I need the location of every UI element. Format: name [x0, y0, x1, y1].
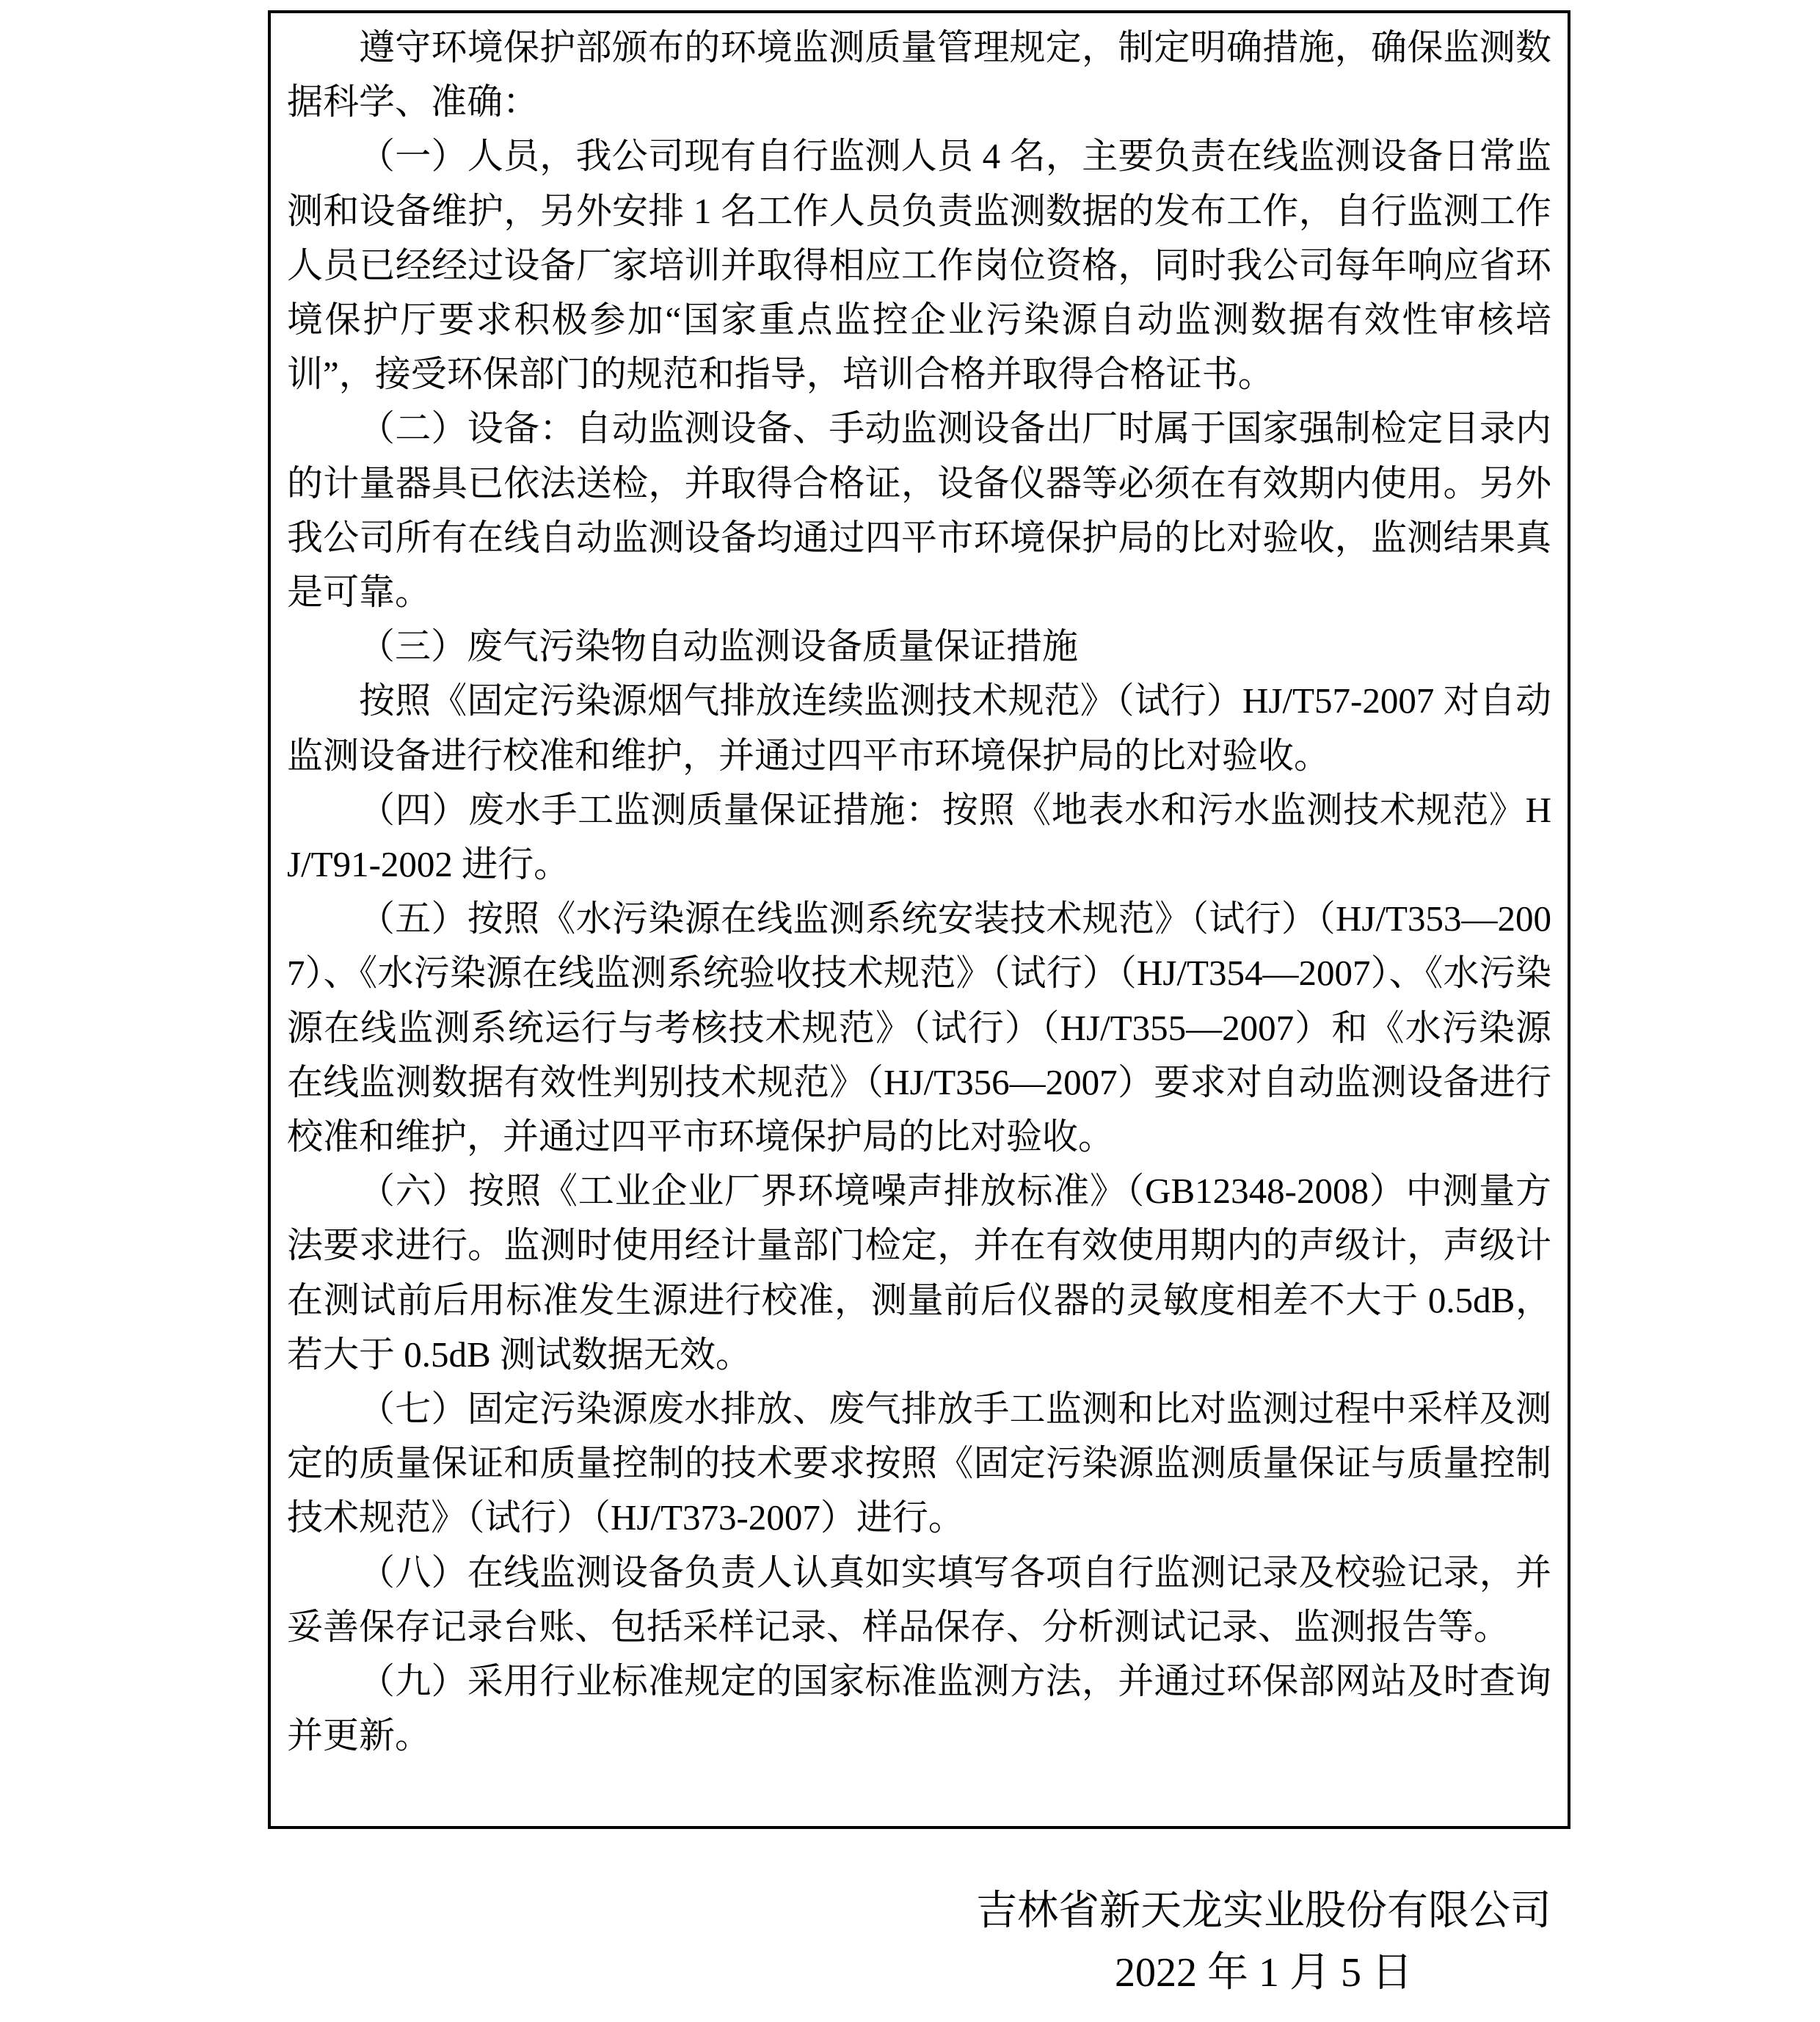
paragraph: （二）设备：自动监测设备、手动监测设备出厂时属于国家强制检定目录内的计量器具已依… [287, 401, 1551, 619]
paragraph: 遵守环境保护部颁布的环境监测质量管理规定，制定明确措施，确保监测数据科学、准确： [287, 21, 1551, 129]
paragraph: （六）按照《工业企业厂界环境噪声排放标准》（GB12348-2008）中测量方法… [287, 1164, 1551, 1382]
paragraph: （五）按照《水污染源在线监测系统安装技术规范》（试行）（HJ/T353—2007… [287, 892, 1551, 1164]
paragraph: （八）在线监测设备负责人认真如实填写各项自行监测记录及校验记录，并妥善保存记录台… [287, 1546, 1551, 1654]
paragraph: （七）固定污染源废水排放、废气排放手工监测和比对监测过程中采样及测定的质量保证和… [287, 1382, 1551, 1546]
paragraph: （一）人员，我公司现有自行监测人员 4 名，主要负责在线监测设备日常监测和设备维… [287, 129, 1551, 401]
paragraph: （三）废气污染物自动监测设备质量保证措施 [287, 619, 1551, 674]
paragraph: 按照《固定污染源烟气排放连续监测技术规范》（试行）HJ/T57-2007 对自动… [287, 674, 1551, 782]
document-border-box: 遵守环境保护部颁布的环境监测质量管理规定，制定明确措施，确保监测数据科学、准确：… [268, 10, 1570, 1829]
signature-date: 2022 年 1 月 5 日 [976, 1942, 1551, 2004]
signature-block: 吉林省新天龙实业股份有限公司 2022 年 1 月 5 日 [976, 1880, 1551, 2004]
document-body: 遵守环境保护部颁布的环境监测质量管理规定，制定明确措施，确保监测数据科学、准确：… [287, 21, 1551, 1764]
paragraph: （四）废水手工监测质量保证措施：按照《地表水和污水监测技术规范》HJ/T91-2… [287, 783, 1551, 892]
paragraph: （九）采用行业标准规定的国家标准监测方法，并通过环保部网站及时查询并更新。 [287, 1654, 1551, 1763]
signature-company: 吉林省新天龙实业股份有限公司 [976, 1880, 1551, 1942]
